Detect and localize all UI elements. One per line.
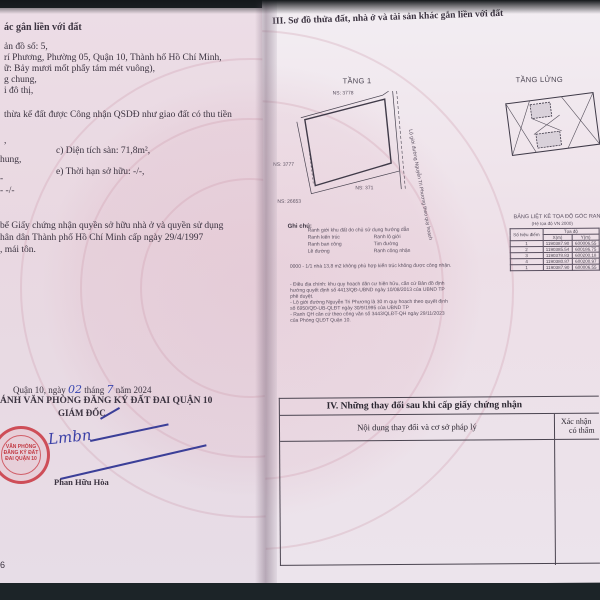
book-spine (255, 0, 277, 600)
coord-table: Số hiệu điểm Tọa độ X(m) Y(m) 11190387.9… (510, 228, 600, 272)
issue-day: 02 (68, 383, 82, 396)
fragment-dash2: - -/- (0, 186, 15, 197)
coord-table-title: BẢNG LIỆT KÊ TỌA ĐỘ GÓC RANH (514, 214, 600, 221)
note-line: của Phòng QLĐT Quận 10. (290, 317, 351, 323)
legend-item: Lề đường (308, 249, 330, 255)
column-divider (554, 440, 556, 565)
coord-table-subtitle: (Hệ tọa độ VN 2000) (532, 221, 573, 227)
signature: Lmbn (47, 426, 92, 448)
land-purpose: i đô thị, (4, 86, 33, 97)
signature-stroke (60, 444, 206, 479)
section-heading: ác gắn liền với đất (4, 22, 82, 33)
usage-form: g chung, (4, 75, 37, 86)
issue-month: 7 (107, 383, 114, 396)
legend-item: Ranh kiến trúc (308, 234, 340, 240)
col-change-content: Nội dung thay đổi và cơ sở pháp lý (280, 414, 554, 441)
director-title: GIÁM ĐỐC (58, 408, 106, 419)
issue-date: Quận 10, ngày 02 tháng 7 năm 2024 (13, 384, 152, 396)
ownership-term: e) Thời hạn sở hữu: -/-, (56, 167, 144, 178)
background-bottom (0, 583, 600, 600)
fragment-dash: - (0, 174, 3, 185)
area-note: 0000 - 1/1 nhà 13,8 m2 không phù hợp kiế… (290, 263, 451, 270)
official-stamp: VĂN PHÒNG ĐĂNG KÝ ĐẤT ĐAI QUẬN 10 (0, 426, 50, 484)
issuing-office: ÁNH VĂN PHÒNG ĐĂNG KÝ ĐẤT ĐAI QUẬN 10 (0, 396, 212, 407)
col-confirmation: Xác nhận có thẩm (554, 414, 600, 439)
floor1-plot-diagram (289, 89, 460, 210)
changes-table-header: Nội dung thay đổi và cơ sở pháp lý Xác n… (280, 414, 599, 442)
map-sheet: ản đồ số: 5, (4, 42, 48, 53)
left-page: ác gắn liền với đất ản đồ số: 5, rí Phươ… (0, 8, 268, 583)
changes-table: IV. Những thay đổi sau khi cấp giấy chứn… (279, 396, 600, 566)
signer-name: Phan Hữu Hòa (54, 477, 109, 488)
legend-item: Ranh ban công (308, 241, 342, 247)
neighbor-parcel: NS: 371 (355, 185, 373, 191)
legend-item: Ranh công nhận (374, 248, 411, 254)
address: rí Phương, Phường 05, Quận 10, Thành hố … (4, 53, 222, 64)
roof-material: , mái tôn. (0, 245, 36, 256)
prior-cert-line-2: hân dân Thành phố Hồ Chí Minh cấp ngày 2… (0, 233, 203, 244)
floor-area: c) Diện tích sàn: 71,8m², (56, 146, 150, 157)
fragment-comma: , (4, 136, 6, 147)
watermark-ring (140, 178, 268, 398)
prior-cert-line-1: bể Giấy chứng nhận quyền sở hữu nhà ở và… (0, 221, 223, 232)
mezzanine-label: TẦNG LỬNG (516, 74, 564, 85)
land-origin: thừa kế đất được Công nhận QSDĐ như giao… (4, 110, 232, 121)
right-page: III. Sơ đồ thửa đất, nhà ở và tài sản kh… (262, 0, 600, 585)
page-number: 6 (0, 560, 5, 571)
legend-item: Ranh giới khu đất do chủ sử dụng hướng d… (308, 227, 410, 234)
signature-stroke (90, 423, 169, 441)
fragment-chung: hung, (0, 155, 21, 166)
background-top (0, 0, 600, 14)
area-in-words: ữ: Bảy mươi mốt phẩy tám mét vuông), (4, 64, 155, 75)
legend-item: Tim đường (374, 241, 399, 247)
neighbor-parcel: NS: 3778 (333, 90, 354, 96)
watermark-ring (20, 58, 268, 518)
neighbor-parcel: NS: 26653 (277, 199, 301, 205)
coord-row: 11190387.90600006.55 (510, 264, 599, 271)
legend-item: Ranh lộ giới (374, 234, 401, 240)
floor1-label: TẦNG 1 (343, 75, 372, 86)
mezzanine-diagram (503, 90, 600, 161)
